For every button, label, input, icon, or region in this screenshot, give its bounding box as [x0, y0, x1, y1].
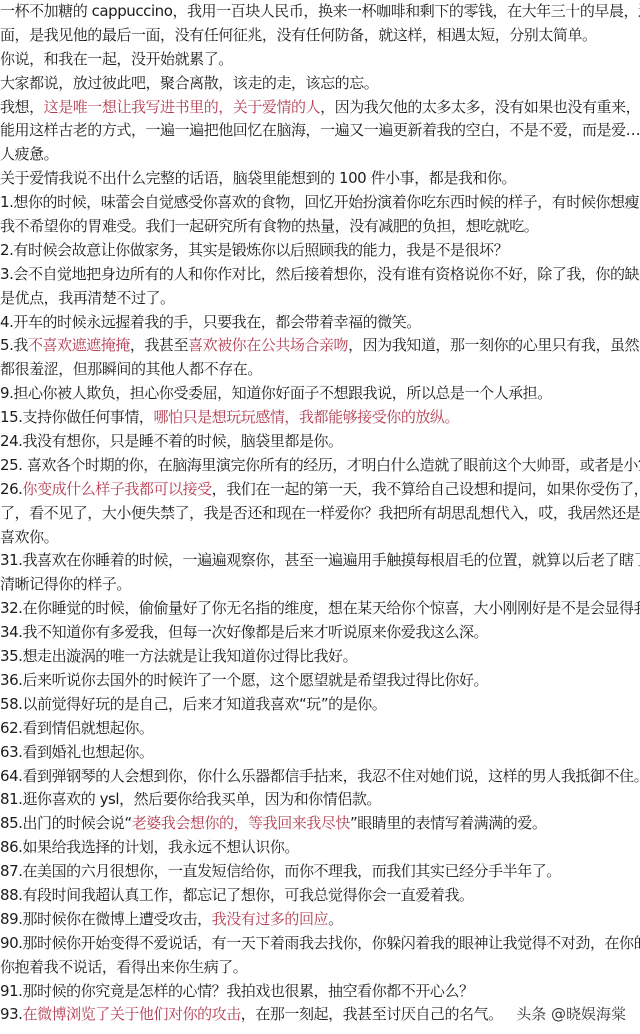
text-line: 91.那时候的你究竟是怎样的心情？我拍戏也很累，抽空看你都不开心么？ [0, 980, 640, 1004]
body-text: 34.我不知道你有多爱我，但每一次好像都是后来才听说原来你爱我这么深。 [0, 623, 488, 641]
body-text: 我想， [0, 98, 44, 116]
body-text: 了，看不见了，大小便失禁了，我是否还和现在一样爱你？我把所有胡思乱想代入，哎，我… [0, 504, 640, 522]
body-text: 1.想你的时候，味蕾会自觉感受你喜欢的食物，回忆开始扮演着你吃东西时候的样子，有… [0, 193, 640, 211]
body-text: 93. [0, 1005, 23, 1023]
body-text: 清晰记得你的样子。 [0, 575, 131, 593]
text-line: 63.看到婚礼也想起你。 [0, 741, 640, 765]
body-text: 24.我没有想你，只是睡不着的时候，脑袋里都是你。 [0, 432, 343, 450]
body-text: 26. [0, 480, 23, 498]
article-text: 一杯不加糖的 cappuccino，我用一百块人民币，换来一杯咖啡和剩下的零钱，… [0, 0, 640, 1027]
body-text: 面，是我见他的最后一面，没有任何征兆，没有任何防备，就这样，相遇太短，分别太简单… [0, 26, 597, 44]
body-text: 9.担心你被人欺负，担心你受委屈，知道你好面子不想跟我说，所以总是一个人承担。 [0, 384, 552, 402]
body-text: 你说，和我在一起，没开始就累了。 [0, 50, 233, 68]
body-text: 90.那时候你开始变得不爱说话，有一天下着雨我去找你，你躲闪着我的眼神让我觉得不… [0, 934, 640, 952]
text-line: 32.在你睡觉的时候，偷偷量好了你无名指的维度，想在某天给你个惊喜，大小刚刚好是… [0, 597, 640, 621]
body-text: 是优点，我再清楚不过了。 [0, 289, 175, 307]
text-line: 5.我不喜欢遮遮掩掩，我甚至喜欢被你在公共场合亲吻，因为我知道，那一刻你的心里只… [0, 334, 640, 358]
text-line: 我想，这是唯一想让我写进书里的，关于爱情的人，因为我欠他的太多太多，没有如果也没… [0, 96, 640, 120]
highlighted-text: 在微博浏览了关于他们对你的攻击 [23, 1005, 241, 1023]
text-line: 关于爱情我说不出什么完整的话语，脑袋里能想到的 100 件小事，都是我和你。 [0, 167, 640, 191]
body-text: 能用这样古老的方式，一遍一遍把他回忆在脑海，一遍又一遍更新着我的空白，不是不爱，… [0, 121, 640, 139]
text-line: 89.那时候你在微博上遭受攻击，我没有过多的回应。 [0, 908, 640, 932]
text-line: 87.在美国的六月很想你，一直发短信给你，而你不理我，而我们其实已经分手半年了。 [0, 860, 640, 884]
body-text: 87.在美国的六月很想你，一直发短信给你，而你不理我，而我们其实已经分手半年了。 [0, 862, 561, 880]
body-text: 85.出门的时候会说“ [0, 814, 132, 832]
watermark: 头条 @晓娱海棠 [516, 1003, 626, 1024]
highlighted-text: 不喜欢遮遮掩掩 [28, 336, 130, 354]
text-line: 2.有时候会故意让你做家务，其实是锻炼你以后照顾我的能力，我是不是很坏？ [0, 239, 640, 263]
body-text: 4.开车的时候永远握着我的手，只要我在，都会带着幸福的微笑。 [0, 313, 421, 331]
body-text: 81.逛你喜欢的 ysl，然后要你给我买单，因为和你情侣款。 [0, 790, 381, 808]
body-text: 你抱着我不说话，看得出来你生病了。 [0, 958, 247, 976]
body-text: 关于爱情我说不出什么完整的话语，脑袋里能想到的 100 件小事，都是我和你。 [0, 169, 516, 187]
text-line: 一杯不加糖的 cappuccino，我用一百块人民币，换来一杯咖啡和剩下的零钱，… [0, 0, 640, 24]
text-line: 85.出门的时候会说“老婆我会想你的，等我回来我尽快”眼睛里的表情写着满满的爱。 [0, 812, 640, 836]
text-line: 15.支持你做任何事情，哪怕只是想玩玩感情，我都能够接受你的放纵。 [0, 406, 640, 430]
highlighted-text: 老婆我会想你的，等我回来我尽快 [132, 814, 350, 832]
body-text: ，我甚至 [130, 336, 188, 354]
body-text: 3.会不自觉地把身边所有的人和你作对比，然后接着想你，没有谁有资格说你不好，除了… [0, 265, 640, 283]
body-text: 都很羞涩，但那瞬间的其他人都不存在。 [0, 360, 262, 378]
body-text: 15.支持你做任何事情， [0, 408, 153, 426]
text-line: 人疲惫。 [0, 143, 640, 167]
body-text: 91.那时候的你究竟是怎样的心情？我拍戏也很累，抽空看你都不开心么？ [0, 982, 474, 1000]
text-line: 88.有段时间我超认真工作，都忘记了想你，可我总觉得你会一直爱着我。 [0, 884, 640, 908]
text-line: 喜欢你。 [0, 526, 640, 550]
body-text: 63.看到婚礼也想起你。 [0, 743, 153, 761]
body-text: ，因为我知道，那一刻你的心里只有我，虽然我们 [348, 336, 640, 354]
highlighted-text: 这是唯一想让我写进书里的，关于爱情的人 [44, 98, 320, 116]
text-line: 是优点，我再清楚不过了。 [0, 287, 640, 311]
body-text: 62.看到情侣就想起你。 [0, 719, 153, 737]
text-line: 31.我喜欢在你睡着的时候，一遍遍观察你，甚至一遍遍用手触摸每根眉毛的位置，就算… [0, 549, 640, 573]
body-text: 64.看到弹钢琴的人会想到你，你什么乐器都信手拈来，我忍不住对她们说，这样的男人… [0, 767, 640, 785]
body-text: 2.有时候会故意让你做家务，其实是锻炼你以后照顾我的能力，我是不是很坏？ [0, 241, 508, 259]
body-text: 大家都说，放过彼此吧，聚合离散，该走的走，该忘的忘。 [0, 74, 378, 92]
highlighted-text: 我没有过多的回应 [212, 910, 328, 928]
body-text: ，我们在一起的第一天，我不算给自己设想和提问，如果你受伤了，变胖 [212, 480, 640, 498]
text-line: 81.逛你喜欢的 ysl，然后要你给我买单，因为和你情侣款。 [0, 788, 640, 812]
text-line: 86.如果给我选择的计划，我永远不想认识你。 [0, 836, 640, 860]
text-line: 1.想你的时候，味蕾会自觉感受你喜欢的食物，回忆开始扮演着你吃东西时候的样子，有… [0, 191, 640, 215]
text-line: 25. 喜欢各个时期的你，在脑海里演完你所有的经历，才明白什么造就了眼前这个大帅… [0, 454, 640, 478]
body-text: 喜欢你。 [0, 528, 58, 546]
body-text: 35.想走出漩涡的唯一方法就是让我知道你过得比我好。 [0, 647, 357, 665]
body-text: 36.后来听说你去国外的时候许了一个愿，这个愿望就是希望我过得比你好。 [0, 671, 488, 689]
text-line: 面，是我见他的最后一面，没有任何征兆，没有任何防备，就这样，相遇太短，分别太简单… [0, 24, 640, 48]
body-text: ，因为我欠他的太多太多，没有如果也没有重来，我只 [320, 98, 640, 116]
body-text: 32.在你睡觉的时候，偷偷量好了你无名指的维度，想在某天给你个惊喜，大小刚刚好是… [0, 599, 640, 617]
body-text: 我不希望你的胃难受。我们一起研究所有食物的热量，没有减肥的负担，想吃就吃。 [0, 217, 538, 235]
text-line: 36.后来听说你去国外的时候许了一个愿，这个愿望就是希望我过得比你好。 [0, 669, 640, 693]
text-line: 清晰记得你的样子。 [0, 573, 640, 597]
body-text: 25. 喜欢各个时期的你，在脑海里演完你所有的经历，才明白什么造就了眼前这个大帅… [0, 456, 640, 474]
highlighted-text: 你变成什么样子我都可以接受 [23, 480, 212, 498]
text-line: 都很羞涩，但那瞬间的其他人都不存在。 [0, 358, 640, 382]
text-line: 你说，和我在一起，没开始就累了。 [0, 48, 640, 72]
text-line: 26.你变成什么样子我都可以接受，我们在一起的第一天，我不算给自己设想和提问，如… [0, 478, 640, 502]
body-text: 。 [328, 910, 343, 928]
text-line: 4.开车的时候永远握着我的手，只要我在，都会带着幸福的微笑。 [0, 311, 640, 335]
highlighted-text: 喜欢被你在公共场合亲吻 [188, 336, 348, 354]
text-line: 我不希望你的胃难受。我们一起研究所有食物的热量，没有减肥的负担，想吃就吃。 [0, 215, 640, 239]
text-line: 35.想走出漩涡的唯一方法就是让我知道你过得比我好。 [0, 645, 640, 669]
text-line: 62.看到情侣就想起你。 [0, 717, 640, 741]
text-line: 9.担心你被人欺负，担心你受委屈，知道你好面子不想跟我说，所以总是一个人承担。 [0, 382, 640, 406]
text-line: 34.我不知道你有多爱我，但每一次好像都是后来才听说原来你爱我这么深。 [0, 621, 640, 645]
text-line: 64.看到弹钢琴的人会想到你，你什么乐器都信手拈来，我忍不住对她们说，这样的男人… [0, 765, 640, 789]
text-line: 能用这样古老的方式，一遍一遍把他回忆在脑海，一遍又一遍更新着我的空白，不是不爱，… [0, 119, 640, 143]
highlighted-text: 哪怕只是想玩玩感情，我都能够接受你的放纵。 [153, 408, 459, 426]
text-line: 58.以前觉得好玩的是自己，后来才知道我喜欢“玩”的是你。 [0, 693, 640, 717]
body-text: 31.我喜欢在你睡着的时候，一遍遍观察你，甚至一遍遍用手触摸每根眉毛的位置，就算… [0, 551, 640, 569]
body-text: 89.那时候你在微博上遭受攻击， [0, 910, 212, 928]
body-text: 5.我 [0, 336, 28, 354]
body-text: 58.以前觉得好玩的是自己，后来才知道我喜欢“玩”的是你。 [0, 695, 386, 713]
text-line: 大家都说，放过彼此吧，聚合离散，该走的走，该忘的忘。 [0, 72, 640, 96]
body-text: 88.有段时间我超认真工作，都忘记了想你，可我总觉得你会一直爱着我。 [0, 886, 474, 904]
text-line: 了，看不见了，大小便失禁了，我是否还和现在一样爱你？我把所有胡思乱想代入，哎，我… [0, 502, 640, 526]
body-text: ”眼睛里的表情写着满满的爱。 [350, 814, 546, 832]
body-text: 一杯不加糖的 cappuccino，我用一百块人民币，换来一杯咖啡和剩下的零钱，… [0, 2, 640, 20]
text-line: 24.我没有想你，只是睡不着的时候，脑袋里都是你。 [0, 430, 640, 454]
body-text: 86.如果给我选择的计划，我永远不想认识你。 [0, 838, 299, 856]
body-text: 人疲惫。 [0, 145, 58, 163]
text-line: 你抱着我不说话，看得出来你生病了。 [0, 956, 640, 980]
text-line: 3.会不自觉地把身边所有的人和你作对比，然后接着想你，没有谁有资格说你不好，除了… [0, 263, 640, 287]
body-text: ，在那一刻起，我甚至讨厌自己的名气。 [241, 1005, 503, 1023]
text-line: 90.那时候你开始变得不爱说话，有一天下着雨我去找你，你躲闪着我的眼神让我觉得不… [0, 932, 640, 956]
